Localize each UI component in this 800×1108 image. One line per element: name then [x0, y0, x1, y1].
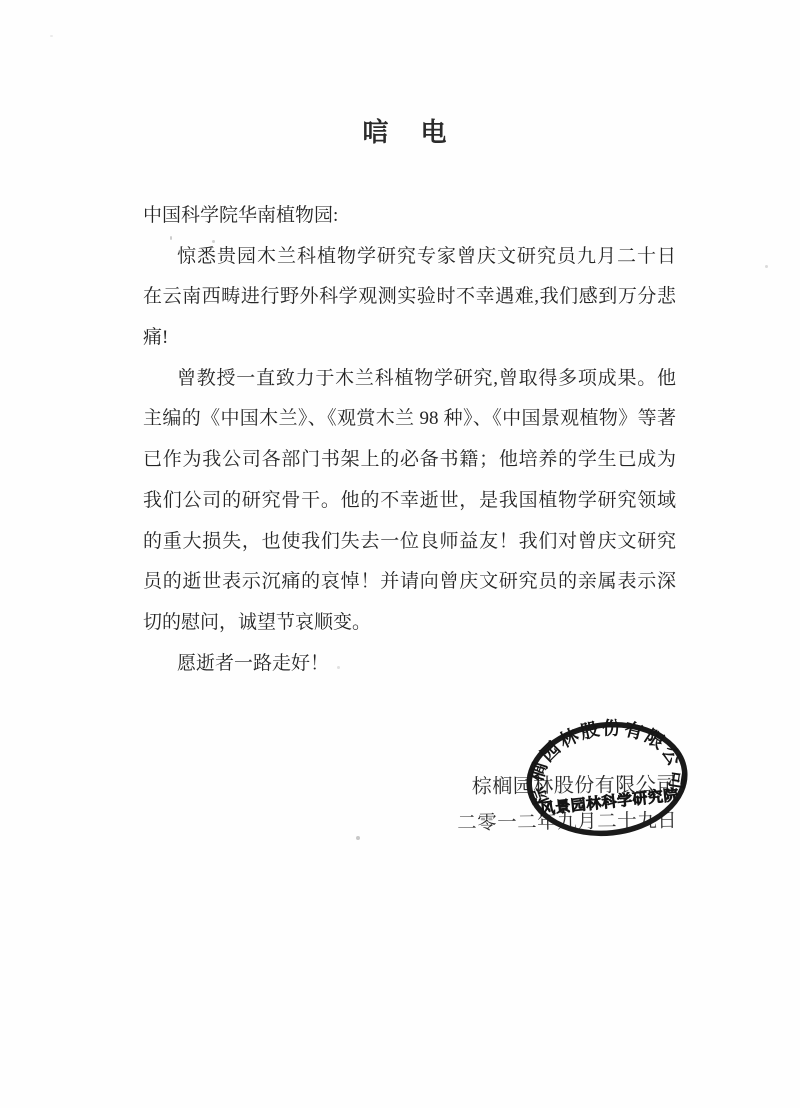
scan-speck [337, 666, 340, 669]
body-line: 在云南西畴进行野外科学观测实验时不幸遇难,我们感到万分悲 [143, 277, 676, 318]
body-line: 的重大损失，也使我们失去一位良师益友！我们对曾庆文研究 [143, 522, 676, 563]
scan-speck [50, 35, 53, 37]
body-line: 曾教授一直致力于木兰科植物学研究,曾取得多项成果。他 [143, 359, 676, 400]
signature-date: 二零一二年九月二十九日 [457, 807, 677, 839]
signature-block: 棕榈园林股份有限公司 二零一二年九月二十九日 [457, 763, 678, 839]
body-line: 痛! [143, 318, 676, 359]
scan-speck [356, 836, 360, 840]
scan-speck [765, 265, 768, 268]
body-line: 我们公司的研究骨干。他的不幸逝世，是我国植物学研究领域 [143, 481, 676, 522]
body-line: 惊悉贵园木兰科植物学研究专家曾庆文研究员九月二十日 [143, 237, 676, 278]
closing-line: 愿逝者一路走好！ [143, 644, 676, 685]
scan-speck [170, 236, 172, 240]
body-line: 主编的《中国木兰》、《观赏木兰 98 种》、《中国景观植物》等著 [143, 399, 676, 440]
salutation-line: 中国科学院华南植物园: [143, 196, 676, 237]
document-title: 唁 电 [0, 112, 800, 149]
letter-body: 中国科学院华南植物园: 惊悉贵园木兰科植物学研究专家曾庆文研究员九月二十日 在云… [143, 196, 676, 684]
scan-speck [212, 240, 215, 243]
signature-company: 棕榈园林股份有限公司 [457, 763, 677, 809]
scanned-condolence-letter: 唁 电 中国科学院华南植物园: 惊悉贵园木兰科植物学研究专家曾庆文研究员九月二十… [0, 0, 800, 1108]
body-line: 员的逝世表示沉痛的哀悼！并请向曾庆文研究员的亲属表示深 [143, 562, 676, 603]
body-line: 已作为我公司各部门书架上的必备书籍；他培养的学生已成为 [143, 440, 676, 481]
body-line: 切的慰问，诚望节哀顺变。 [143, 603, 676, 644]
